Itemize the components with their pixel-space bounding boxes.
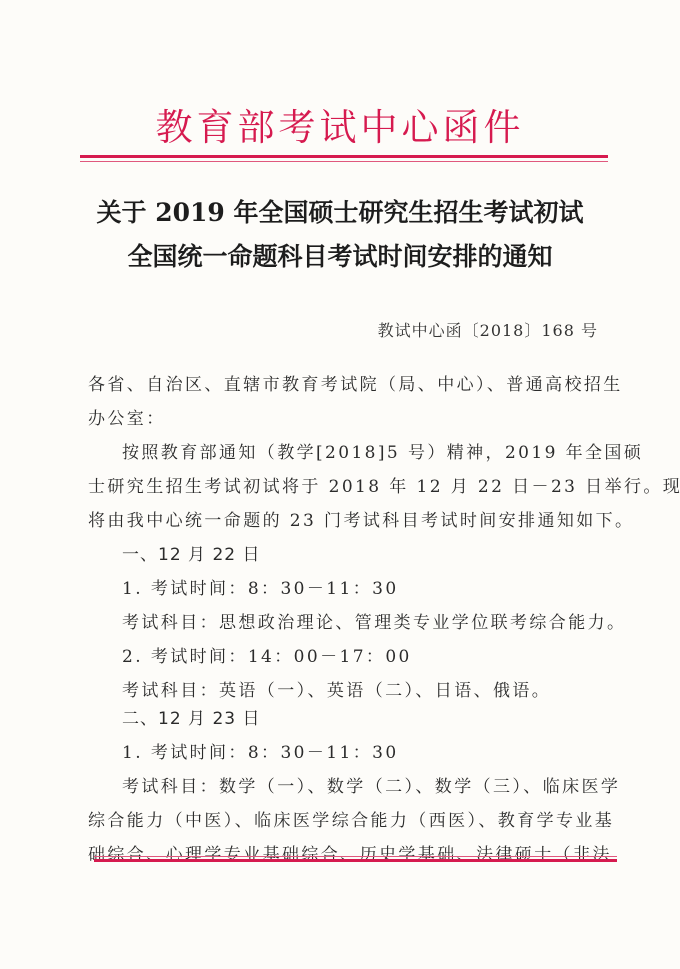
session-subjects: 综合能力（中医）、临床医学综合能力（西医）、教育学专业基: [88, 806, 614, 831]
document-title-line-1: 关于 2019 年全国硕士研究生招生考试初试: [0, 192, 680, 234]
document-page: 教育部考试中心函件 关于 2019 年全国硕士研究生招生考试初试 全国统一命题科…: [0, 0, 680, 969]
footer-rule-thick: [94, 859, 617, 862]
session-time: 1. 考试时间：8：30－11：30: [122, 738, 399, 763]
footer-rule-thin: [94, 856, 617, 857]
letterhead-rule-thick: [80, 155, 608, 158]
salutation-line-1: 各省、自治区、直辖市教育考试院（局、中心）、普通高校招生: [88, 370, 623, 395]
session-subjects: 考试科目：思想政治理论、管理类专业学位联考综合能力。: [122, 608, 626, 633]
session-subjects: 考试科目：数学（一）、数学（二）、数学（三）、临床医学: [122, 772, 620, 797]
session-subjects: 考试科目：英语（一）、英语（二）、日语、俄语。: [122, 676, 551, 701]
letterhead-title: 教育部考试中心函件: [0, 106, 680, 150]
session-time: 2. 考试时间：14：00－17：00: [122, 642, 412, 667]
intro-line-3: 将由我中心统一命题的 23 门考试科目考试时间安排通知如下。: [88, 506, 634, 531]
document-number: 教试中心函〔2018〕168 号: [378, 318, 598, 341]
intro-line-1: 按照教育部通知（教学[2018]5 号）精神，2019 年全国硕: [122, 438, 643, 463]
document-title-line-2: 全国统一命题科目考试时间安排的通知: [0, 236, 680, 278]
salutation-line-2: 办公室：: [88, 404, 166, 429]
letterhead-rule-thin: [80, 161, 608, 162]
section-heading-dec-23: 二、12 月 23 日: [122, 704, 260, 729]
intro-line-2: 士研究生招生考试初试将于 2018 年 12 月 22 日－23 日举行。现: [88, 472, 680, 497]
session-time: 1. 考试时间：8：30－11：30: [122, 574, 399, 599]
section-heading-dec-22: 一、12 月 22 日: [122, 540, 260, 565]
